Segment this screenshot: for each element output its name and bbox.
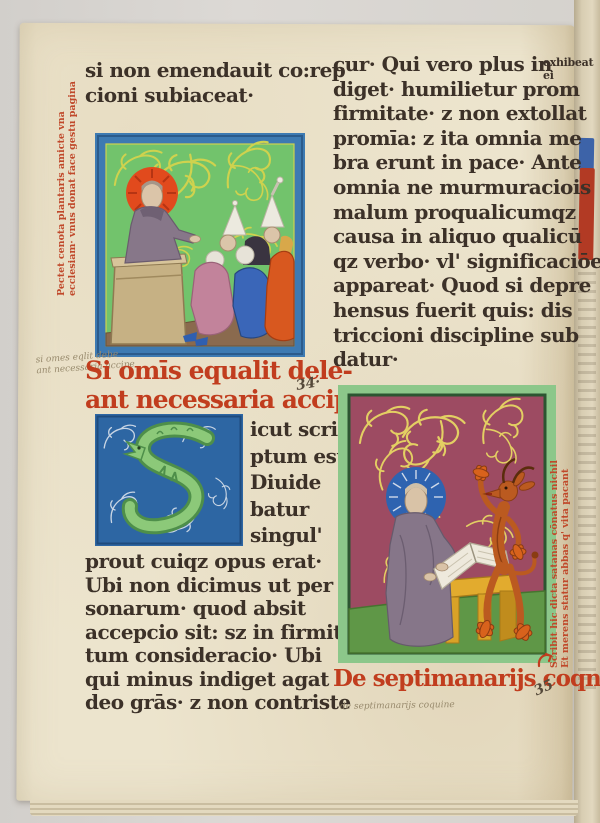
miniature-monk-and-devil — [338, 385, 556, 663]
white-wimple — [236, 246, 254, 264]
right-column-body-text: cur· Qui vero plus indiget· humilietur p… — [333, 52, 600, 372]
pink-robed-listener — [191, 262, 234, 334]
book-page-stack-edge — [30, 800, 578, 816]
left-column-body-text: prout cuiqz opus erat·Ubi non dicimus ut… — [85, 550, 354, 715]
right-margin-red-note: Scribit hic dicta satanas cōnatus nichil… — [549, 463, 571, 668]
monk-hand — [436, 563, 448, 571]
pulpit — [111, 254, 187, 344]
left-column-top-text: si non emendauit co:repcioni subiaceat· — [85, 58, 345, 107]
gesturing-hand — [190, 236, 201, 243]
illuminated-initial-s — [95, 414, 243, 546]
monk-hand — [424, 573, 436, 581]
margin-correction-note: exhibeatei — [543, 56, 593, 82]
rubricator-guide-note-bottom: de septimanarijs coquine — [340, 700, 455, 713]
initial-adjacent-text: icut scriptum estDiuidebatursingul' — [250, 416, 345, 549]
chapter-34-rubric: Si omīs equalit dele-ant necessaria acci… — [85, 356, 373, 414]
chapter-35-rubric: De septimanarijs coqne — [333, 665, 600, 692]
miniature-monk-preaching — [95, 133, 305, 357]
left-margin-red-note: Pectet cenota plantaris amicte vnaeccles… — [56, 56, 78, 296]
